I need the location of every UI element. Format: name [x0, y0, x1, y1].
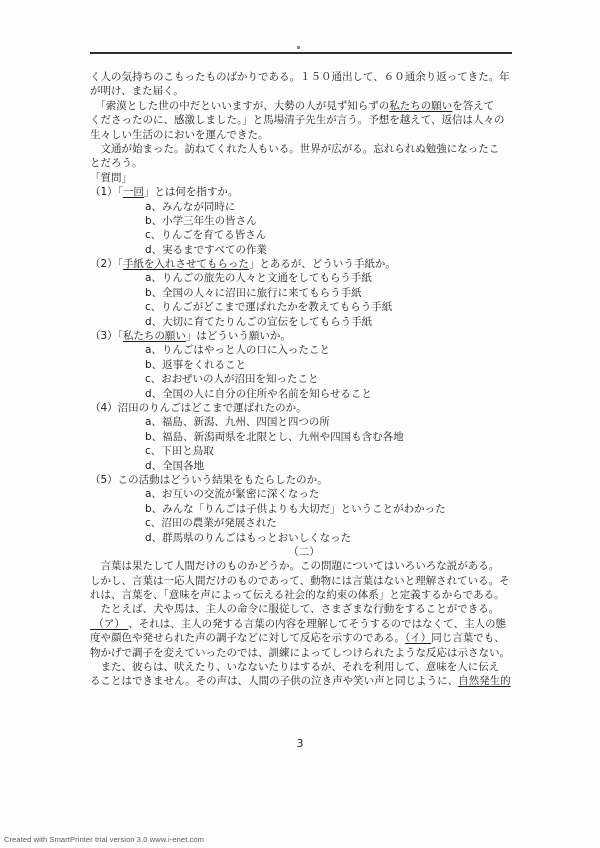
document-page: く人の気持ちのこもったものばかりである。１５０通出して、６０通余り返ってきた。年…	[0, 0, 600, 848]
text-segment: 」とは何を指すか。	[144, 186, 239, 198]
text-segment: a、福島、新潟、九州、四国と四つの所	[145, 416, 330, 428]
text-block: 言葉は果たして人間だけのものかどうか。この問題についてはいろいろな説がある。しか…	[90, 559, 518, 689]
text-segment: b、福島、新潟両県を北限とし、九州や四国も含む各地	[145, 431, 404, 443]
text-line: d、群馬県のりんごはもっとおいしくなった	[90, 531, 518, 545]
text-line: d、大切に育てたりんごの宣伝をしてもらう手紙	[90, 315, 518, 329]
text-segment: b、全国の人々に沼田に旅行に来てもらう手紙	[145, 287, 362, 299]
text-line: b、小学三年生の皆さん	[90, 214, 518, 228]
document-body: く人の気持ちのこもったものばかりである。１５０通出して、６０通余り返ってきた。年…	[90, 70, 518, 689]
text-line: c、りんごを育てる皆さん	[90, 228, 518, 242]
section-heading: （二）	[90, 545, 518, 559]
text-segment: （4）沼田のりんごはどこまで運ばれたのか。	[90, 402, 307, 414]
text-segment: が明け、また届く。	[90, 85, 184, 97]
text-line: c、りんごがどこまで運ばれたかを教えてもらう手紙	[90, 300, 518, 314]
text-segment: 「索漠とした世の中だといいますが、大勢の人が見ず知らずの	[90, 100, 389, 112]
underlined-text: 私たちの願い	[389, 100, 452, 112]
text-line: 言葉は果たして人間だけのものかどうか。この問題についてはいろいろな説がある。	[90, 559, 518, 573]
text-line: しかし、言葉は一応人間だけのものであって、動物には言葉はないと理解されている。そ	[90, 574, 518, 588]
text-segment: c、おおぜいの人が沼田を知ったこと	[145, 373, 318, 385]
text-line: とだろう。	[90, 156, 518, 170]
underlined-text: 私たちの願い	[123, 330, 186, 342]
text-segment: 、それは、主人の発する言葉の内容を理解してそうするのではなくて、主人の態	[128, 618, 506, 630]
header-rule	[90, 52, 512, 54]
watermark-footer: Created with SmartPrinter trial version …	[4, 835, 204, 844]
text-segment: b、小学三年生の皆さん	[145, 215, 257, 227]
text-segment: を答えて	[452, 100, 494, 112]
text-segment: d、実るまですべての作業	[145, 244, 267, 256]
text-line: また、彼らは、吠えたり、いなないたりはするが、それを利用して、意味を人に伝え	[90, 660, 518, 674]
text-segment: c、沼田の農業が発展された	[145, 517, 277, 529]
underlined-text: 自然発生的	[458, 675, 511, 687]
text-line: a、みんなが同時に	[90, 200, 518, 214]
text-line: b、返事をくれること	[90, 358, 518, 372]
scan-artifact-dot	[297, 46, 300, 49]
text-line: 文通が始まった。訪ねてくれた人もいる。世界が広がる。忘れられぬ勉強になったこ	[90, 142, 518, 156]
text-line: （二）	[90, 545, 518, 559]
text-segment: たとえば、犬や馬は、主人の命令に服従して、さまざまな行動をすることができる。	[90, 603, 499, 615]
text-line: 物かげで調子を変えていったのでは、訓練によってしつけられたような反応は示さない。	[90, 646, 518, 660]
text-segment: 」はどういう願いか。	[186, 330, 291, 342]
text-line: ることはできません。その声は、人間の子供の泣き声や笑い声と同じように、自然発生的	[90, 674, 518, 688]
text-segment: 生々しい生活のにおいを運んできた。	[90, 129, 269, 141]
text-segment: （2）「	[90, 258, 123, 270]
text-segment: a、りんごはやっと人の口に入ったこと	[145, 344, 330, 356]
text-line: d、全国各地	[90, 459, 518, 473]
text-segment: 度や顔色や発せられた声の調子などに対して反応を示すのである。	[90, 632, 405, 644]
underlined-text: （イ）	[405, 632, 431, 644]
text-segment: a、みんなが同時に	[145, 201, 235, 213]
text-segment: 「質問」	[90, 172, 132, 184]
text-segment: b、みんな「りんごは子供よりも大切だ」ということがわかった	[145, 503, 446, 515]
text-line: （5）この活動はどういう結果をもたらしたのか。	[90, 473, 518, 487]
text-segment: とだろう。	[90, 157, 143, 169]
text-segment: 言葉は果たして人間だけのものかどうか。この問題についてはいろいろな説がある。	[90, 560, 499, 572]
text-segment: a、りんごの旅先の人々と文通をしてもらう手紙	[145, 272, 372, 284]
text-line: く人の気持ちのこもったものばかりである。１５０通出して、６０通余り返ってきた。年	[90, 70, 518, 84]
text-line: （2）「手紙を入れさせてもらった」とあるが、どういう手紙か。	[90, 257, 518, 271]
text-line: a、りんごはやっと人の口に入ったこと	[90, 343, 518, 357]
text-line: 「質問」	[90, 171, 518, 185]
text-line: b、福島、新潟両県を北限とし、九州や四国も含む各地	[90, 430, 518, 444]
text-segment: （二）	[288, 546, 320, 558]
text-segment: c、りんごがどこまで運ばれたかを教えてもらう手紙	[145, 301, 392, 313]
text-line: （ア） 、それは、主人の発する言葉の内容を理解してそうするのではなくて、主人の態	[90, 617, 518, 631]
text-segment: 文通が始まった。訪ねてくれた人もいる。世界が広がる。忘れられぬ勉強になったこ	[90, 143, 499, 155]
text-line: b、全国の人々に沼田に旅行に来てもらう手紙	[90, 286, 518, 300]
text-line: れは、言葉を、「意味を声によって伝える社会的な約束の体系」と定義するからである。	[90, 588, 518, 602]
text-segment: c、りんごを育てる皆さん	[145, 229, 266, 241]
text-line: たとえば、犬や馬は、主人の命令に服従して、さまざまな行動をすることができる。	[90, 602, 518, 616]
text-segment: 同じ言葉でも、	[431, 632, 505, 644]
underlined-text: （ア）	[90, 618, 128, 630]
text-line: （4）沼田のりんごはどこまで運ばれたのか。	[90, 401, 518, 415]
text-segment: （3）「	[90, 330, 123, 342]
text-segment: b、返事をくれること	[145, 359, 246, 371]
text-line: a、お互いの交流が緊密に深くなった	[90, 487, 518, 501]
text-line: 「索漠とした世の中だといいますが、大勢の人が見ず知らずの私たちの願いを答えて	[90, 99, 518, 113]
text-line: （1）「一回」とは何を指すか。	[90, 185, 518, 199]
text-segment: d、群馬県のりんごはもっとおいしくなった	[145, 532, 351, 544]
text-line: くださったのに、感激しました。」と馬場清子先生が言う。予想を越えて、返信は人々の	[90, 113, 518, 127]
text-segment: くださったのに、感激しました。」と馬場清子先生が言う。予想を越えて、返信は人々の	[90, 114, 505, 126]
text-line: c、沼田の農業が発展された	[90, 516, 518, 530]
text-line: b、みんな「りんごは子供よりも大切だ」ということがわかった	[90, 502, 518, 516]
text-segment: d、全国各地	[145, 460, 204, 472]
text-segment: しかし、言葉は一応人間だけのものであって、動物には言葉はないと理解されている。そ	[90, 575, 510, 587]
text-segment: （1）「	[90, 186, 123, 198]
text-segment: また、彼らは、吠えたり、いなないたりはするが、それを利用して、意味を人に伝え	[90, 661, 499, 673]
text-line: d、全国の人に自分の住所や名前を知らせること	[90, 387, 518, 401]
text-block: く人の気持ちのこもったものばかりである。１５０通出して、６０通余り返ってきた。年…	[90, 70, 518, 545]
text-line: d、実るまですべての作業	[90, 243, 518, 257]
text-segment: a、お互いの交流が緊密に深くなった	[145, 488, 319, 500]
text-line: が明け、また届く。	[90, 84, 518, 98]
underlined-text: 手紙を入れさせてもらった	[123, 258, 249, 270]
text-line: c、おおぜいの人が沼田を知ったこと	[90, 372, 518, 386]
text-line: a、りんごの旅先の人々と文通をしてもらう手紙	[90, 271, 518, 285]
text-segment: 」とあるが、どういう手紙か。	[249, 258, 396, 270]
text-line: 生々しい生活のにおいを運んできた。	[90, 128, 518, 142]
text-segment: d、大切に育てたりんごの宣伝をしてもらう手紙	[145, 316, 372, 328]
text-line: 度や顔色や発せられた声の調子などに対して反応を示すのである。（イ）同じ言葉でも、	[90, 631, 518, 645]
page-number: 3	[0, 737, 600, 750]
text-line: a、福島、新潟、九州、四国と四つの所	[90, 415, 518, 429]
text-segment: 物かげで調子を変えていったのでは、訓練によってしつけられたような反応は示さない。	[90, 647, 510, 659]
text-segment: く人の気持ちのこもったものばかりである。１５０通出して、６０通余り返ってきた。年	[90, 71, 510, 83]
text-segment: c、下田と鳥取	[145, 445, 214, 457]
text-segment: れは、言葉を、「意味を声によって伝える社会的な約束の体系」と定義するからである。	[90, 589, 505, 601]
underlined-text: 一回	[123, 186, 144, 198]
text-segment: ることはできません。その声は、人間の子供の泣き声や笑い声と同じように、	[90, 675, 458, 687]
text-line: c、下田と鳥取	[90, 444, 518, 458]
text-segment: （5）この活動はどういう結果をもたらしたのか。	[90, 474, 328, 486]
text-segment: d、全国の人に自分の住所や名前を知らせること	[145, 388, 372, 400]
text-line: （3）「私たちの願い」はどういう願いか。	[90, 329, 518, 343]
